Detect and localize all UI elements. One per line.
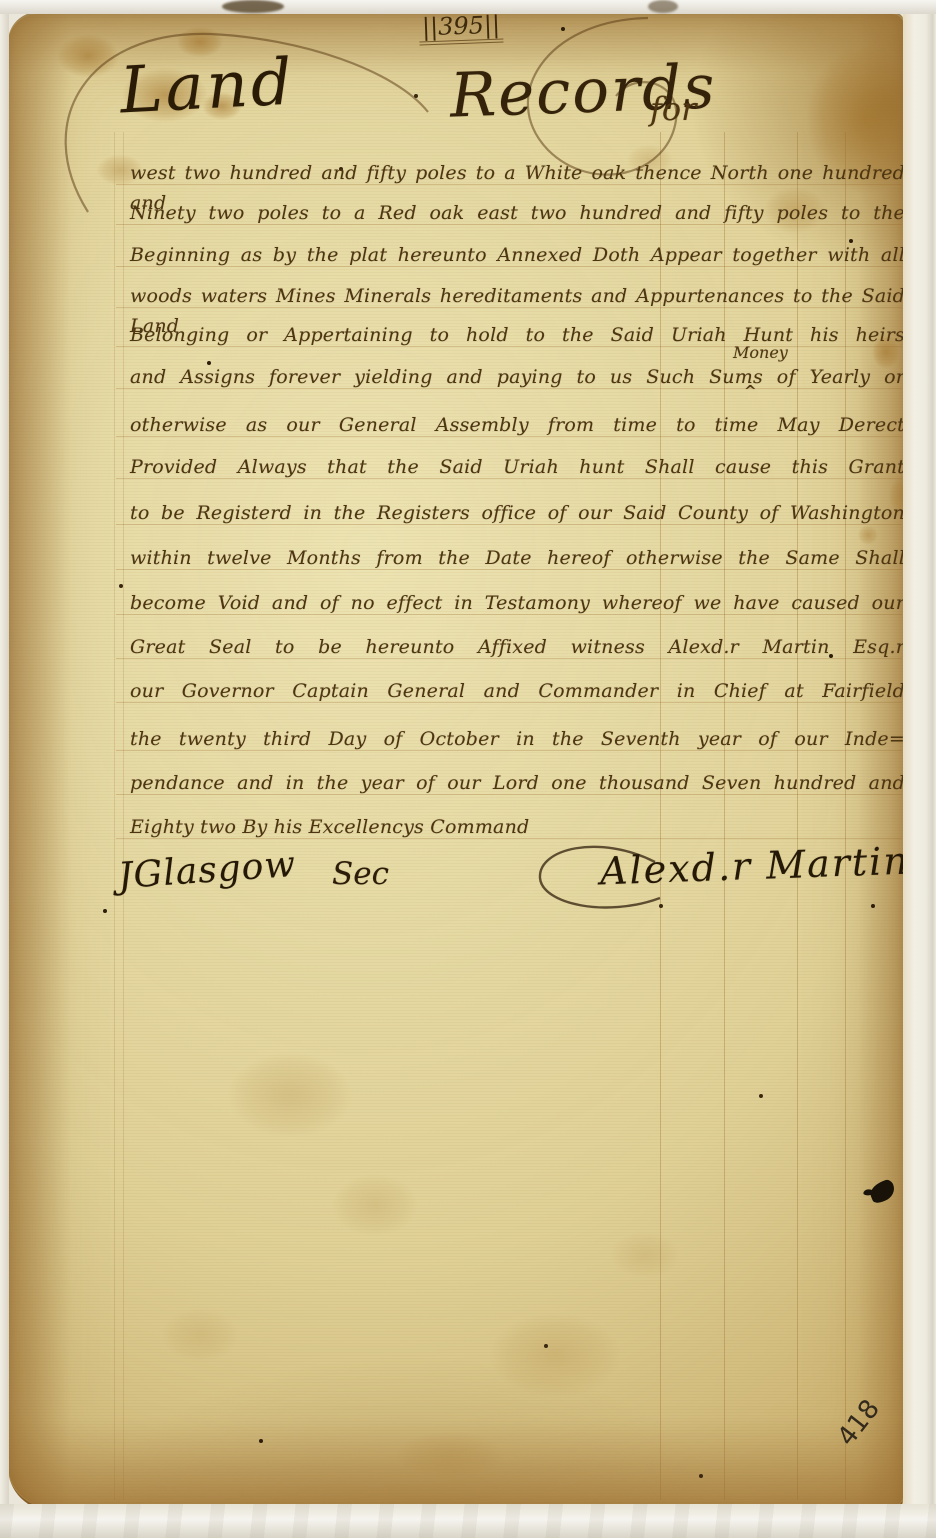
body-line: to be Registerd in the Registers office …: [130, 498, 905, 528]
stain: [150, 1300, 250, 1370]
secretary-title: Sec: [332, 856, 389, 892]
stain: [320, 1165, 430, 1245]
scan-edge-top: [0, 0, 936, 14]
body-line: woods waters Mines Minerals hereditament…: [130, 281, 905, 311]
edge-vignette: [8, 14, 904, 1508]
body-line: Beginning as by the plat hereunto Annexe…: [130, 240, 905, 270]
body-line: our Governor Captain General and Command…: [130, 676, 905, 706]
ledger-page: [8, 12, 905, 1511]
body-line: the twenty third Day of October in the S…: [130, 724, 905, 754]
body-line: within twelve Months from the Date hereo…: [130, 543, 905, 573]
stain: [470, 1300, 640, 1410]
stain: [600, 1225, 690, 1285]
page-number: ||395||: [418, 11, 503, 46]
body-line: Eighty two By his Excellencys Command: [130, 812, 529, 842]
scan-edge-bottom: [0, 1504, 936, 1538]
body-line: Provided Always that the Said Uriah hunt…: [130, 452, 905, 482]
margin-rule: [114, 132, 115, 1500]
edge-smudge: [648, 0, 678, 13]
scan-edge-right: [903, 0, 936, 1538]
title-for: for: [650, 90, 696, 128]
body-line: pendance and in the year of our Lord one…: [130, 768, 905, 798]
stain: [48, 28, 128, 84]
body-line: and Assigns forever yielding and paying …: [130, 362, 905, 392]
body-line: Ninety two poles to a Red oak east two h…: [130, 198, 905, 228]
body-line: otherwise as our General Assembly from t…: [130, 410, 905, 440]
body-line: west two hundred and fifty poles to a Wh…: [130, 158, 905, 188]
document-scan: ||395|| Land Records for west two hundre…: [0, 0, 936, 1538]
margin-rule: [123, 132, 124, 1500]
inserted-word: Money: [733, 343, 788, 362]
edge-smudge: [222, 0, 284, 13]
body-line: Belonging or Appertaining to hold to the…: [130, 320, 905, 350]
scan-edge-left: [0, 0, 9, 1538]
insertion-caret: ^: [744, 382, 757, 400]
stain: [380, 1425, 520, 1485]
body-line: Great Seal to be hereunto Affixed witnes…: [130, 632, 905, 662]
body-line: become Void and of no effect in Testamon…: [130, 588, 905, 618]
title-land: Land: [118, 45, 296, 128]
stain: [210, 1040, 370, 1150]
